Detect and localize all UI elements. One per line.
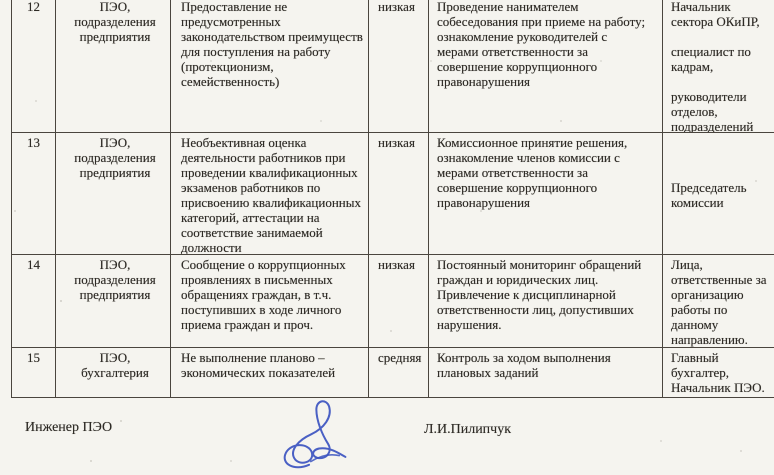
signatory-name: Л.И.Пилипчук [424, 422, 511, 438]
row-number: 14 [27, 257, 40, 272]
responsible-text: Начальник сектора ОКиПР, специалист по к… [671, 0, 760, 132]
responsible-text: Главный бухгалтер, Начальник ПЭО. [671, 350, 765, 395]
unit-cell: ПЭО, бухгалтерия [56, 348, 171, 397]
row-number: 15 [27, 350, 40, 365]
measures-text: Контроль за ходом выполнения плановых за… [437, 350, 611, 380]
risk-level-cell: средняя [369, 348, 429, 397]
risk-level: низкая [378, 257, 415, 272]
measures-cell: Проведение нанимателем собеседования при… [429, 0, 663, 132]
measures-text: Постоянный мониторинг обращений граждан … [437, 257, 641, 332]
table-row: 13 ПЭО, подразделения предприятия Необъе… [12, 133, 774, 255]
unit-cell: ПЭО, подразделения предприятия [56, 255, 171, 347]
risk-level-cell: низкая [369, 255, 429, 347]
responsible-cell: Главный бухгалтер, Начальник ПЭО. [663, 348, 774, 397]
unit-cell: ПЭО, подразделения предприятия [56, 0, 171, 132]
unit-text: ПЭО, бухгалтерия [81, 350, 149, 380]
table-row: 12 ПЭО, подразделения предприятия Предос… [12, 0, 774, 133]
row-number-cell: 14 [12, 255, 56, 347]
risk-description: Сообщение о коррупционных проявлениях в … [181, 257, 346, 332]
row-number-cell: 12 [12, 0, 56, 132]
risk-description: Предоставление не предусмотренных законо… [181, 0, 363, 89]
risk-level-cell: низкая [369, 133, 429, 254]
risk-description-cell: Предоставление не предусмотренных законо… [171, 0, 369, 132]
risk-level: низкая [378, 135, 415, 150]
measures-cell: Контроль за ходом выполнения плановых за… [429, 348, 663, 397]
risk-level-cell: низкая [369, 0, 429, 132]
responsible-cell: Председатель комиссии [663, 133, 774, 254]
scanned-document-page: 12 ПЭО, подразделения предприятия Предос… [0, 0, 774, 475]
table-row: 15 ПЭО, бухгалтерия Не выполнение планов… [12, 348, 774, 398]
unit-cell: ПЭО, подразделения предприятия [56, 133, 171, 254]
row-number: 12 [27, 0, 40, 14]
risk-description: Необъективная оценка деятельности работн… [181, 135, 361, 254]
risk-description-cell: Необъективная оценка деятельности работн… [171, 133, 369, 254]
unit-text: ПЭО, подразделения предприятия [74, 257, 155, 302]
measures-cell: Комиссионное принятие решения, ознакомле… [429, 133, 663, 254]
signatory-position: Инженер ПЭО [25, 420, 112, 436]
handwritten-signature-icon [264, 393, 365, 475]
risk-description-cell: Не выполнение планово – экономических по… [171, 348, 369, 397]
measures-text: Комиссионное принятие решения, ознакомле… [437, 135, 627, 210]
responsible-text: Председатель комиссии [671, 180, 747, 210]
risk-description-cell: Сообщение о коррупционных проявлениях в … [171, 255, 369, 347]
measures-cell: Постоянный мониторинг обращений граждан … [429, 255, 663, 347]
responsible-cell: Лица, ответственные за организацию работ… [663, 255, 774, 347]
table-row: 14 ПЭО, подразделения предприятия Сообще… [12, 255, 774, 348]
row-number: 13 [27, 135, 40, 150]
unit-text: ПЭО, подразделения предприятия [74, 0, 155, 44]
scan-noise [0, 0, 2, 2]
corruption-risk-table: 12 ПЭО, подразделения предприятия Предос… [11, 0, 774, 398]
row-number-cell: 15 [12, 348, 56, 397]
row-number-cell: 13 [12, 133, 56, 254]
risk-level: средняя [378, 350, 421, 365]
risk-level: низкая [378, 0, 415, 14]
risk-description: Не выполнение планово – экономических по… [181, 350, 335, 380]
unit-text: ПЭО, подразделения предприятия [74, 135, 155, 180]
responsible-cell: Начальник сектора ОКиПР, специалист по к… [663, 0, 774, 132]
measures-text: Проведение нанимателем собеседования при… [437, 0, 645, 89]
responsible-text: Лица, ответственные за организацию работ… [671, 257, 767, 347]
